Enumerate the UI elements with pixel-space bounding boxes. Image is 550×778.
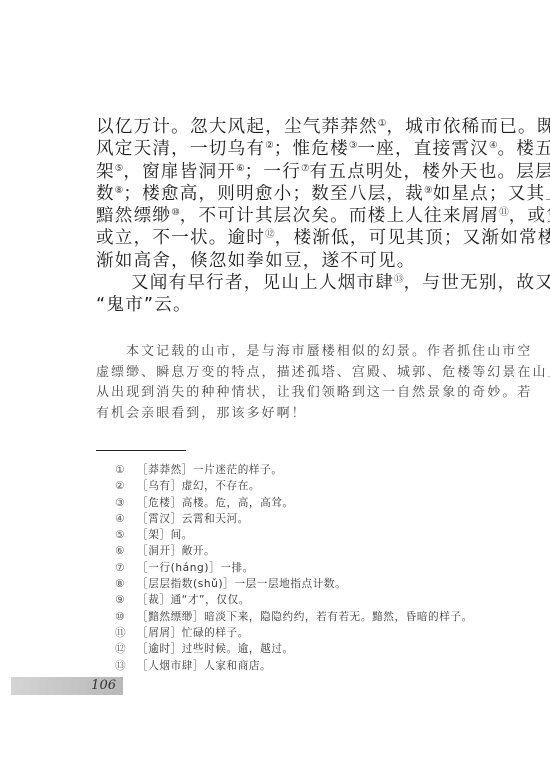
text-segment: ；楼愈高，则明愈小；数至八层，裁 [123,184,424,204]
footnote-number: ② [115,478,137,494]
footnote-number: ① [115,462,137,478]
footnote-number: ⑨ [115,592,137,608]
text-line: “鬼市”云。 [96,294,454,316]
footnote-item: ⑤［架］间。 [115,527,455,543]
summary-line: 从出现到消失的种种情状，让我们领略到这一自然景象的奇妙。若 [96,383,454,404]
footnote-item: ⑩［黯然缥缈］暗淡下来，隐隐约约，若有若无。黯然，昏暗的样子。 [115,609,455,625]
text-segment: ，与世无别，故又名 [404,273,550,293]
text-segment: ，窗扉皆洞开 [123,162,236,182]
text-line: 以亿万计。忽大风起，尘气莽莽然①，城市依稀而已。既而 [96,116,454,138]
footnote-text: ［黯然缥缈］暗淡下来，隐隐约约，若有若无。黯然，昏暗的样子。 [137,609,473,625]
footnote-text: ［层层指数(shǔ)］一层一层地指点计数。 [137,576,346,592]
text-segment: 黯然缥缈 [96,206,171,226]
footnote-number: ⑦ [115,560,137,576]
text-segment: 渐如高舍，倏忽如拳如豆，遂不可见。 [96,251,416,271]
text-segment: “鬼市”云。 [96,295,192,315]
footnote-number: ⑫ [115,641,137,657]
footnote-item: ⑦［一行(háng)］一排。 [115,560,455,576]
text-segment: 一座，直接霄汉 [357,139,489,159]
footnote-item: ⑪［屑屑］忙碌的样子。 [115,625,455,641]
footnote-marker[interactable]: ⑨ [424,185,433,196]
footnote-marker[interactable]: ⑬ [394,274,404,285]
footnote-number: ⑧ [115,576,137,592]
footnote-text: ［危楼］高楼。危，高，高耸。 [137,495,294,511]
text-segment: 以亿万计。忽大风起，尘气莽莽然 [96,117,378,137]
footnotes-list: ①［莽莽然］一片迷茫的样子。②［乌有］虚幻，不存在。③［危楼］高楼。危，高，高耸… [115,462,455,674]
text-segment: ，不可计其层次矣。而楼上人往来屑屑 [180,206,500,226]
text-segment: ；惟危楼 [274,139,349,159]
summary-line: 本文记载的山市，是与海市蜃楼相似的幻景。作者抓住山市空 [96,342,454,363]
footnote-item: ⑨［裁］通“才”，仅仅。 [115,592,455,608]
text-line: 或立，不一状。逾时⑫，楼渐低，可见其顶；又渐如常楼；又 [96,227,454,249]
text-line: 渐如高舍，倏忽如拳如豆，遂不可见。 [96,250,454,272]
text-segment: 或立，不一状。逾时 [96,228,265,248]
text-segment: 有五点明处，楼外天也。层层指 [310,162,550,182]
footnote-number: ⑬ [115,658,137,674]
text-segment: 。楼五 [498,139,550,159]
footnote-item: ⑫［逾时］过些时候。逾，越过。 [115,641,455,657]
text-segment: ，或凭 [509,206,550,226]
footnote-marker[interactable]: ⑫ [265,229,275,240]
text-line: 黯然缥缈⑩，不可计其层次矣。而楼上人往来屑屑⑪，或凭 [96,205,454,227]
main-text: 以亿万计。忽大风起，尘气莽莽然①，城市依稀而已。既而风定天清，一切乌有②；惟危楼… [96,116,454,317]
footnote-number: ⑤ [115,527,137,543]
summary-line: 虚缥缈、瞬息万变的特点，描述孤塔、宫殿、城郭、危楼等幻景在山上 [96,363,454,384]
footnote-marker[interactable]: ⑩ [171,207,180,218]
footnote-marker[interactable]: ⑪ [499,207,509,218]
footnote-marker[interactable]: ② [265,140,274,151]
text-segment: ，楼渐低，可见其顶；又渐如常楼；又 [275,228,550,248]
footnote-item: ⑧［层层指数(shǔ)］一层一层地指点计数。 [115,576,455,592]
footnote-number: ⑪ [115,625,137,641]
footnote-item: ⑬［人烟市肆］人家和商店。 [115,658,455,674]
text-segment: 如星点；又其上，则 [433,184,550,204]
footnote-marker[interactable]: ⑥ [236,163,245,174]
footnote-marker[interactable]: ④ [489,140,498,151]
text-line: 架⑤，窗扉皆洞开⑥；一行⑦有五点明处，楼外天也。层层指 [96,161,454,183]
summary-paragraph: 本文记载的山市，是与海市蜃楼相似的幻景。作者抓住山市空虚缥缈、瞬息万变的特点，描… [96,342,454,425]
page-number: 106 [91,678,116,693]
footnote-divider [96,450,186,451]
footnote-item: ②［乌有］虚幻，不存在。 [115,478,455,494]
text-segment: 风定天清，一切乌有 [96,139,265,159]
footnote-number: ⑩ [115,609,137,625]
footnote-item: ③［危楼］高楼。危，高，高耸。 [115,495,455,511]
footnote-item: ④［霄汉］云霄和天河。 [115,511,455,527]
text-segment: 架 [96,162,115,182]
footnote-item: ①［莽莽然］一片迷茫的样子。 [115,462,455,478]
footnote-text: ［莽莽然］一片迷茫的样子。 [137,462,283,478]
text-segment: ；一行 [245,162,301,182]
footnote-number: ③ [115,495,137,511]
page-number-bar: 106 [11,677,123,695]
text-segment: 又闻有早行者，见山上人烟市肆 [131,273,394,293]
footnote-item: ⑥［洞开］敞开。 [115,543,455,559]
textbook-page: 以亿万计。忽大风起，尘气莽莽然①，城市依稀而已。既而风定天清，一切乌有②；惟危楼… [0,0,550,778]
footnote-text: ［屑屑］忙碌的样子。 [137,625,249,641]
text-segment: ，城市依稀而已。既而 [386,117,550,137]
footnote-number: ⑥ [115,543,137,559]
text-segment: 数 [96,184,115,204]
footnote-text: ［一行(háng)］一排。 [137,560,254,576]
text-line: 风定天清，一切乌有②；惟危楼③一座，直接霄汉④。楼五 [96,138,454,160]
footnote-marker[interactable]: ⑦ [301,163,310,174]
footnote-text: ［霄汉］云霄和天河。 [137,511,249,527]
text-line: 又闻有早行者，见山上人烟市肆⑬，与世无别，故又名 [96,272,454,294]
footnote-number: ④ [115,511,137,527]
text-line: 数⑧；楼愈高，则明愈小；数至八层，裁⑨如星点；又其上，则 [96,183,454,205]
footnote-text: ［人烟市肆］人家和商店。 [137,658,271,674]
footnote-text: ［裁］通“才”，仅仅。 [137,592,250,608]
footnote-text: ［乌有］虚幻，不存在。 [137,478,260,494]
footnote-text: ［逾时］过些时候。逾，越过。 [137,641,294,657]
footnote-text: ［洞开］敞开。 [137,543,215,559]
footnote-text: ［架］间。 [137,527,193,543]
summary-line: 有机会亲眼看到，那该多好啊！ [96,404,454,425]
